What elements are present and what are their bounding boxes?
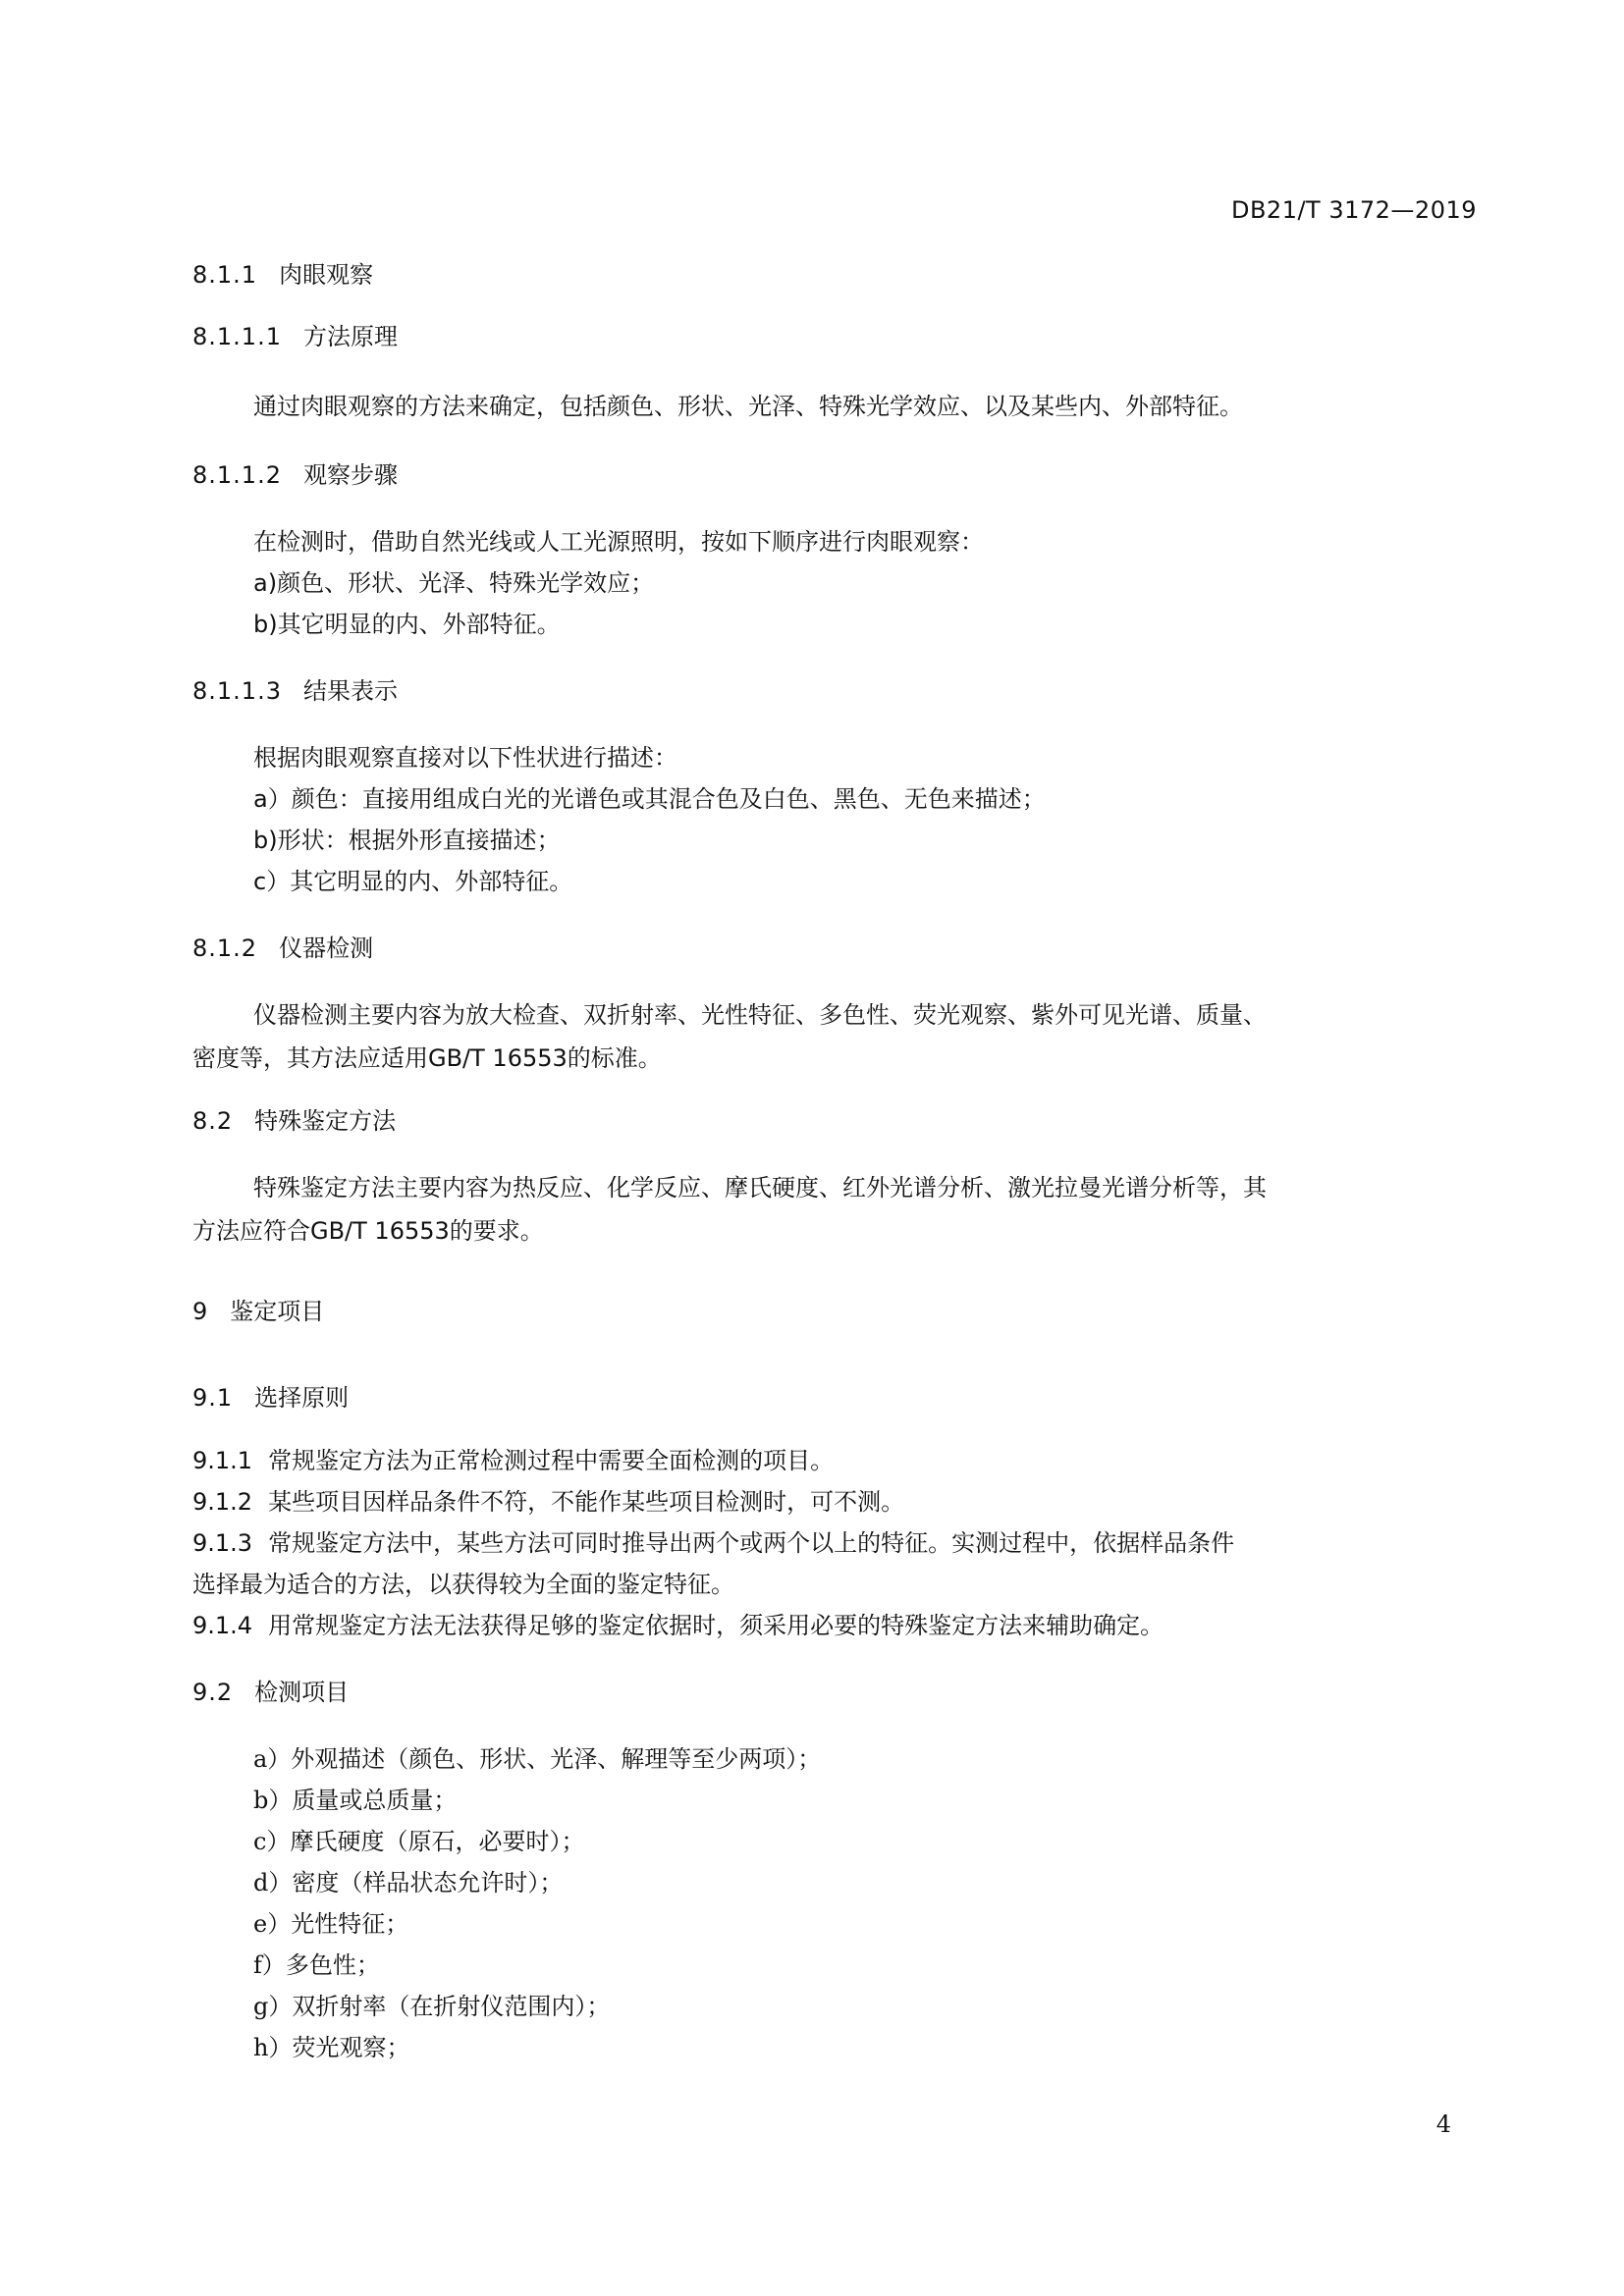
heading-8-1-1: 8.1.1肉眼观察 xyxy=(192,259,373,291)
document-page: DB21/T 3172—2019 8.1.1肉眼观察 8.1.1.1方法原理 通… xyxy=(0,0,1624,2296)
list-item: f）多色性； xyxy=(253,1949,380,1981)
paragraph-8-1-2-line2: 密度等，其方法应适用GB/T 16553的标准。 xyxy=(192,1042,662,1074)
paragraph-8-2-line1: 特殊鉴定方法主要内容为热反应、化学反应、摩氏硬度、红外光谱分析、激光拉曼光谱分析… xyxy=(253,1172,1267,1203)
paragraph-8-2-line2: 方法应符合GB/T 16553的要求。 xyxy=(192,1215,544,1247)
page-number: 4 xyxy=(1436,2110,1451,2138)
heading-8-1-1-3: 8.1.1.3结果表示 xyxy=(192,675,398,707)
clause-9-1-1: 9.1.1常规鉴定方法为正常检测过程中需要全面检测的项目。 xyxy=(192,1445,834,1476)
heading-9-2: 9.2检测项目 xyxy=(192,1677,349,1708)
paragraph-8-1-1-2: 在检测时，借助自然光线或人工光源照明，按如下顺序进行肉眼观察： xyxy=(253,526,984,558)
heading-8-2: 8.2特殊鉴定方法 xyxy=(192,1105,396,1137)
heading-9: 9鉴定项目 xyxy=(192,1296,324,1327)
list-item: b)其它明显的内、外部特征。 xyxy=(253,609,561,640)
list-item: a）颜色：直接用组成白光的光谱色或其混合色及白色、黑色、无色来描述； xyxy=(253,783,1046,815)
heading-9-1: 9.1选择原则 xyxy=(192,1382,349,1414)
clause-9-1-3-line1: 9.1.3常规鉴定方法中，某些方法可同时推导出两个或两个以上的特征。实测过程中，… xyxy=(192,1527,1234,1559)
heading-8-1-1-1: 8.1.1.1方法原理 xyxy=(192,321,398,352)
list-item: a）外观描述（颜色、形状、光泽、解理等至少两项）； xyxy=(253,1743,821,1775)
list-item: c）摩氏硬度（原石，必要时）； xyxy=(253,1826,584,1857)
paragraph-8-1-2-line1: 仪器检测主要内容为放大检查、双折射率、光性特征、多色性、荧光观察、紫外可见光谱、… xyxy=(253,999,1267,1031)
document-code: DB21/T 3172—2019 xyxy=(1231,196,1477,224)
paragraph-8-1-1-1: 通过肉眼观察的方法来确定，包括颜色、形状、光泽、特殊光学效应、以及某些内、外部特… xyxy=(253,391,1243,422)
list-item: b)形状：根据外形直接描述； xyxy=(253,825,561,856)
list-item: h）荧光观察； xyxy=(253,2032,409,2063)
list-item: b）质量或总质量； xyxy=(253,1785,457,1816)
heading-8-1-2: 8.1.2仪器检测 xyxy=(192,933,373,964)
list-item: e）光性特征； xyxy=(253,1908,408,1940)
list-item: c）其它明显的内、外部特征。 xyxy=(253,866,572,897)
list-item: a)颜色、形状、光泽、特殊光学效应； xyxy=(253,567,654,599)
paragraph-8-1-1-3: 根据肉眼观察直接对以下性状进行描述： xyxy=(253,742,677,774)
clause-9-1-3-line2: 选择最为适合的方法，以获得较为全面的鉴定特征。 xyxy=(192,1569,734,1600)
list-item: d）密度（样品状态允许时）； xyxy=(253,1867,563,1898)
list-item: g）双折射率（在折射仪范围内）； xyxy=(253,1991,610,2022)
clause-9-1-4: 9.1.4用常规鉴定方法无法获得足够的鉴定依据时，须采用必要的特殊鉴定方法来辅助… xyxy=(192,1610,1164,1641)
clause-9-1-2: 9.1.2某些项目因样品条件不符，不能作某些项目检测时，可不测。 xyxy=(192,1486,904,1518)
heading-8-1-1-2: 8.1.1.2观察步骤 xyxy=(192,459,398,491)
